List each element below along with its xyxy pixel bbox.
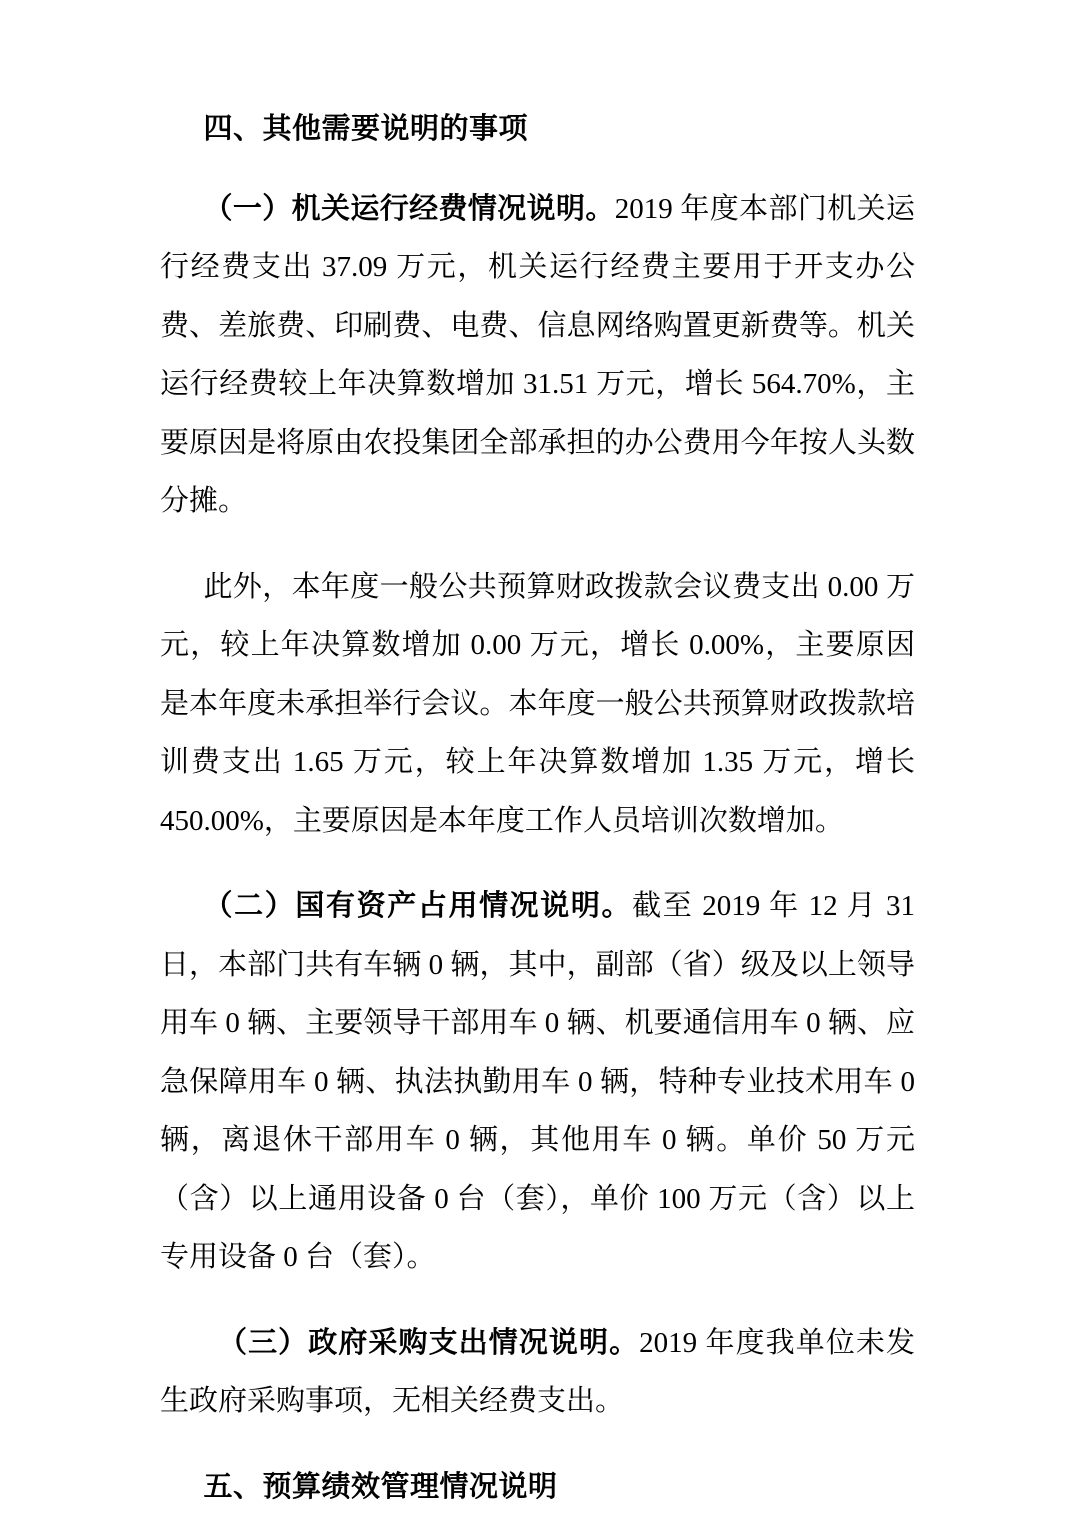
paragraph-text-agency-operating-expenses: 2019 年度本部门机关运行经费支出 37.09 万元，机关运行经费主要用于开支… [160, 193, 915, 518]
paragraph-state-owned-assets: （二）国有资产占用情况说明。截至 2019 年 12 月 31 日，本部门共有车… [160, 877, 915, 1287]
paragraph-lead-agency-operating-expenses: （一）机关运行经费情况说明。 [204, 193, 615, 225]
paragraph-meeting-training-expenses: 此外，本年度一般公共预算财政拨款会议费支出 0.00 万元，较上年决算数增加 0… [160, 558, 915, 851]
paragraph-agency-operating-expenses: （一）机关运行经费情况说明。2019 年度本部门机关运行经费支出 37.09 万… [160, 180, 915, 531]
document-page: 四、其他需要说明的事项 （一）机关运行经费情况说明。2019 年度本部门机关运行… [0, 0, 1074, 1520]
section-heading-four: 四、其他需要说明的事项 [160, 100, 915, 159]
paragraph-text-state-owned-assets: 截至 2019 年 12 月 31 日，本部门共有车辆 0 辆，其中，副部（省）… [160, 890, 915, 1273]
paragraph-text-meeting-training-expenses: 此外，本年度一般公共预算财政拨款会议费支出 0.00 万元，较上年决算数增加 0… [160, 571, 915, 837]
paragraph-lead-government-procurement: （三）政府采购支出情况说明。 [218, 1327, 639, 1359]
section-heading-five: 五、预算绩效管理情况说明 [160, 1458, 915, 1517]
paragraph-government-procurement: （三）政府采购支出情况说明。2019 年度我单位未发生政府采购事项，无相关经费支… [160, 1314, 915, 1431]
paragraph-lead-state-owned-assets: （二）国有资产占用情况说明。 [204, 890, 633, 922]
